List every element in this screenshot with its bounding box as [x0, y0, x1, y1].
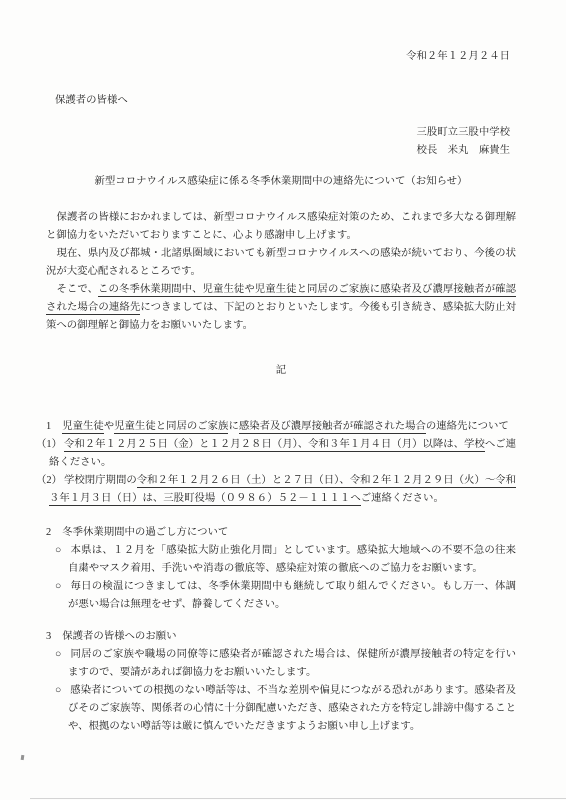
circle-marker: ○ — [55, 649, 62, 660]
section-1-contacts: 1児童生徒や児童生徒と同居のご家族に感染者及び濃厚接触者が確認された場合の連絡先… — [46, 418, 516, 508]
circle-marker: ○ — [55, 581, 62, 592]
circle-marker: ○ — [55, 545, 62, 556]
sender-name: 校長 米丸 麻貴生 — [46, 142, 510, 160]
section-1-heading: 1児童生徒や児童生徒と同居のご家族に感染者及び濃厚接触者が確認された場合の連絡先… — [46, 418, 516, 436]
underlined-text: 感染者及び濃厚接触者が確認された場合 — [239, 421, 426, 434]
intro-paragraphs: 保護者の皆様におかれましては、新型コロナウイルス感染症対策のため、これまで多大な… — [46, 209, 516, 335]
item-text: 毎日の検温につきましては、冬季休業期間中も継続して取り組んでください。もし万一、… — [68, 581, 516, 610]
heading-text: や — [104, 421, 114, 432]
section-3-heading: 3保護者の皆様へのお願い — [46, 628, 516, 646]
paragraph-text: そこで、 — [46, 284, 98, 295]
date-line: 令和２年１２月２４日 — [46, 50, 516, 64]
underlined-text: 令和２年１２月２５日（金）と１２月２８日（月）、令和３年１月４日（月）以降は、学… — [64, 439, 485, 452]
heading-text: の連絡先について — [426, 421, 509, 432]
request-item-1: ○同居のご家族や職場の同僚等に感染者が確認された場合は、保健所が濃厚接触者の特定… — [68, 646, 516, 682]
circle-marker: ○ — [55, 685, 61, 696]
letter-content: 令和２年１２月２４日 保護者の皆様へ 三股町立三股中学校 校長 米丸 麻貴生 新… — [0, 0, 566, 736]
item-marker: （2） — [36, 475, 62, 486]
section-number: 1 — [46, 421, 51, 432]
section-number: 3 — [46, 631, 51, 642]
section-2-heading: 2冬季休業期間中の過ごし方について — [46, 524, 516, 542]
sender-org: 三股町立三股中学校 — [46, 124, 510, 142]
item-text: ご連絡ください。 — [361, 493, 444, 504]
heading-text: に — [228, 421, 238, 432]
underlined-text: 児童生徒と同居のご家族 — [114, 421, 228, 434]
item-text: 同居のご家族や職場の同僚等に感染者が確認された場合は、保健所が濃厚接触者の特定を… — [68, 649, 516, 678]
underlined-text: 児童生徒 — [62, 421, 104, 434]
intro-paragraph-2: 現在、県内及び都城・北諸県圏域においても新型コロナウイルスへの感染が続いており、… — [46, 245, 516, 281]
intro-paragraph-3: そこで、この冬季休業期間中、児童生徒や児童生徒と同居のご家族に感染者及び濃厚接触… — [46, 281, 516, 335]
item-marker: （1） — [36, 439, 62, 450]
section-2-guidelines: 2冬季休業期間中の過ごし方について ○本県は、１２月を「感染拡大防止強化月間」と… — [46, 524, 516, 614]
contact-item-2: （2）学校閉庁期間の令和２年１２月２６日（土）と２７日（日）、令和２年１２月２９… — [49, 472, 516, 508]
scan-artifact-speck — [21, 755, 25, 760]
guideline-item-1: ○本県は、１２月を「感染拡大防止強化月間」としています。感染拡大地域への不要不急… — [68, 542, 516, 578]
document-title: 新型コロナウイルス感染症に係る冬季休業期間中の連絡先について（お知らせ） — [46, 174, 516, 189]
recipient-line: 保護者の皆様へ — [46, 94, 516, 108]
item-text: 感染者についての根拠のない噂話等は、不当な差別や偏見につながる恐れがあります。感… — [68, 685, 516, 732]
section-3-requests: 3保護者の皆様へのお願い ○同居のご家族や職場の同僚等に感染者が確認された場合は… — [46, 628, 516, 736]
sender-block: 三股町立三股中学校 校長 米丸 麻貴生 — [46, 124, 516, 160]
guideline-item-2: ○毎日の検温につきましては、冬季休業期間中も継続して取り組んでください。もし万一… — [68, 578, 516, 614]
intro-paragraph-1: 保護者の皆様におかれましては、新型コロナウイルス感染症対策のため、これまで多大な… — [46, 209, 516, 245]
ki-marker: 記 — [46, 363, 516, 378]
request-item-2: ○感染者についての根拠のない噂話等は、不当な差別や偏見につながる恐れがあります。… — [68, 682, 516, 736]
heading-text: 冬季休業期間中の過ごし方について — [62, 527, 228, 538]
scan-edge-line — [30, 798, 566, 799]
item-text: 本県は、１２月を「感染拡大防止強化月間」としています。感染拡大地域への不要不急の… — [68, 545, 516, 574]
heading-text: 保護者の皆様へのお願い — [62, 631, 176, 642]
section-number: 2 — [46, 527, 51, 538]
item-text: 学校閉庁期間の — [64, 475, 137, 486]
contact-item-1: （1）令和２年１２月２５日（金）と１２月２８日（月）、令和３年１月４日（月）以降… — [49, 436, 516, 472]
scanned-letter-page: 令和２年１２月２４日 保護者の皆様へ 三股町立三股中学校 校長 米丸 麻貴生 新… — [0, 0, 566, 800]
